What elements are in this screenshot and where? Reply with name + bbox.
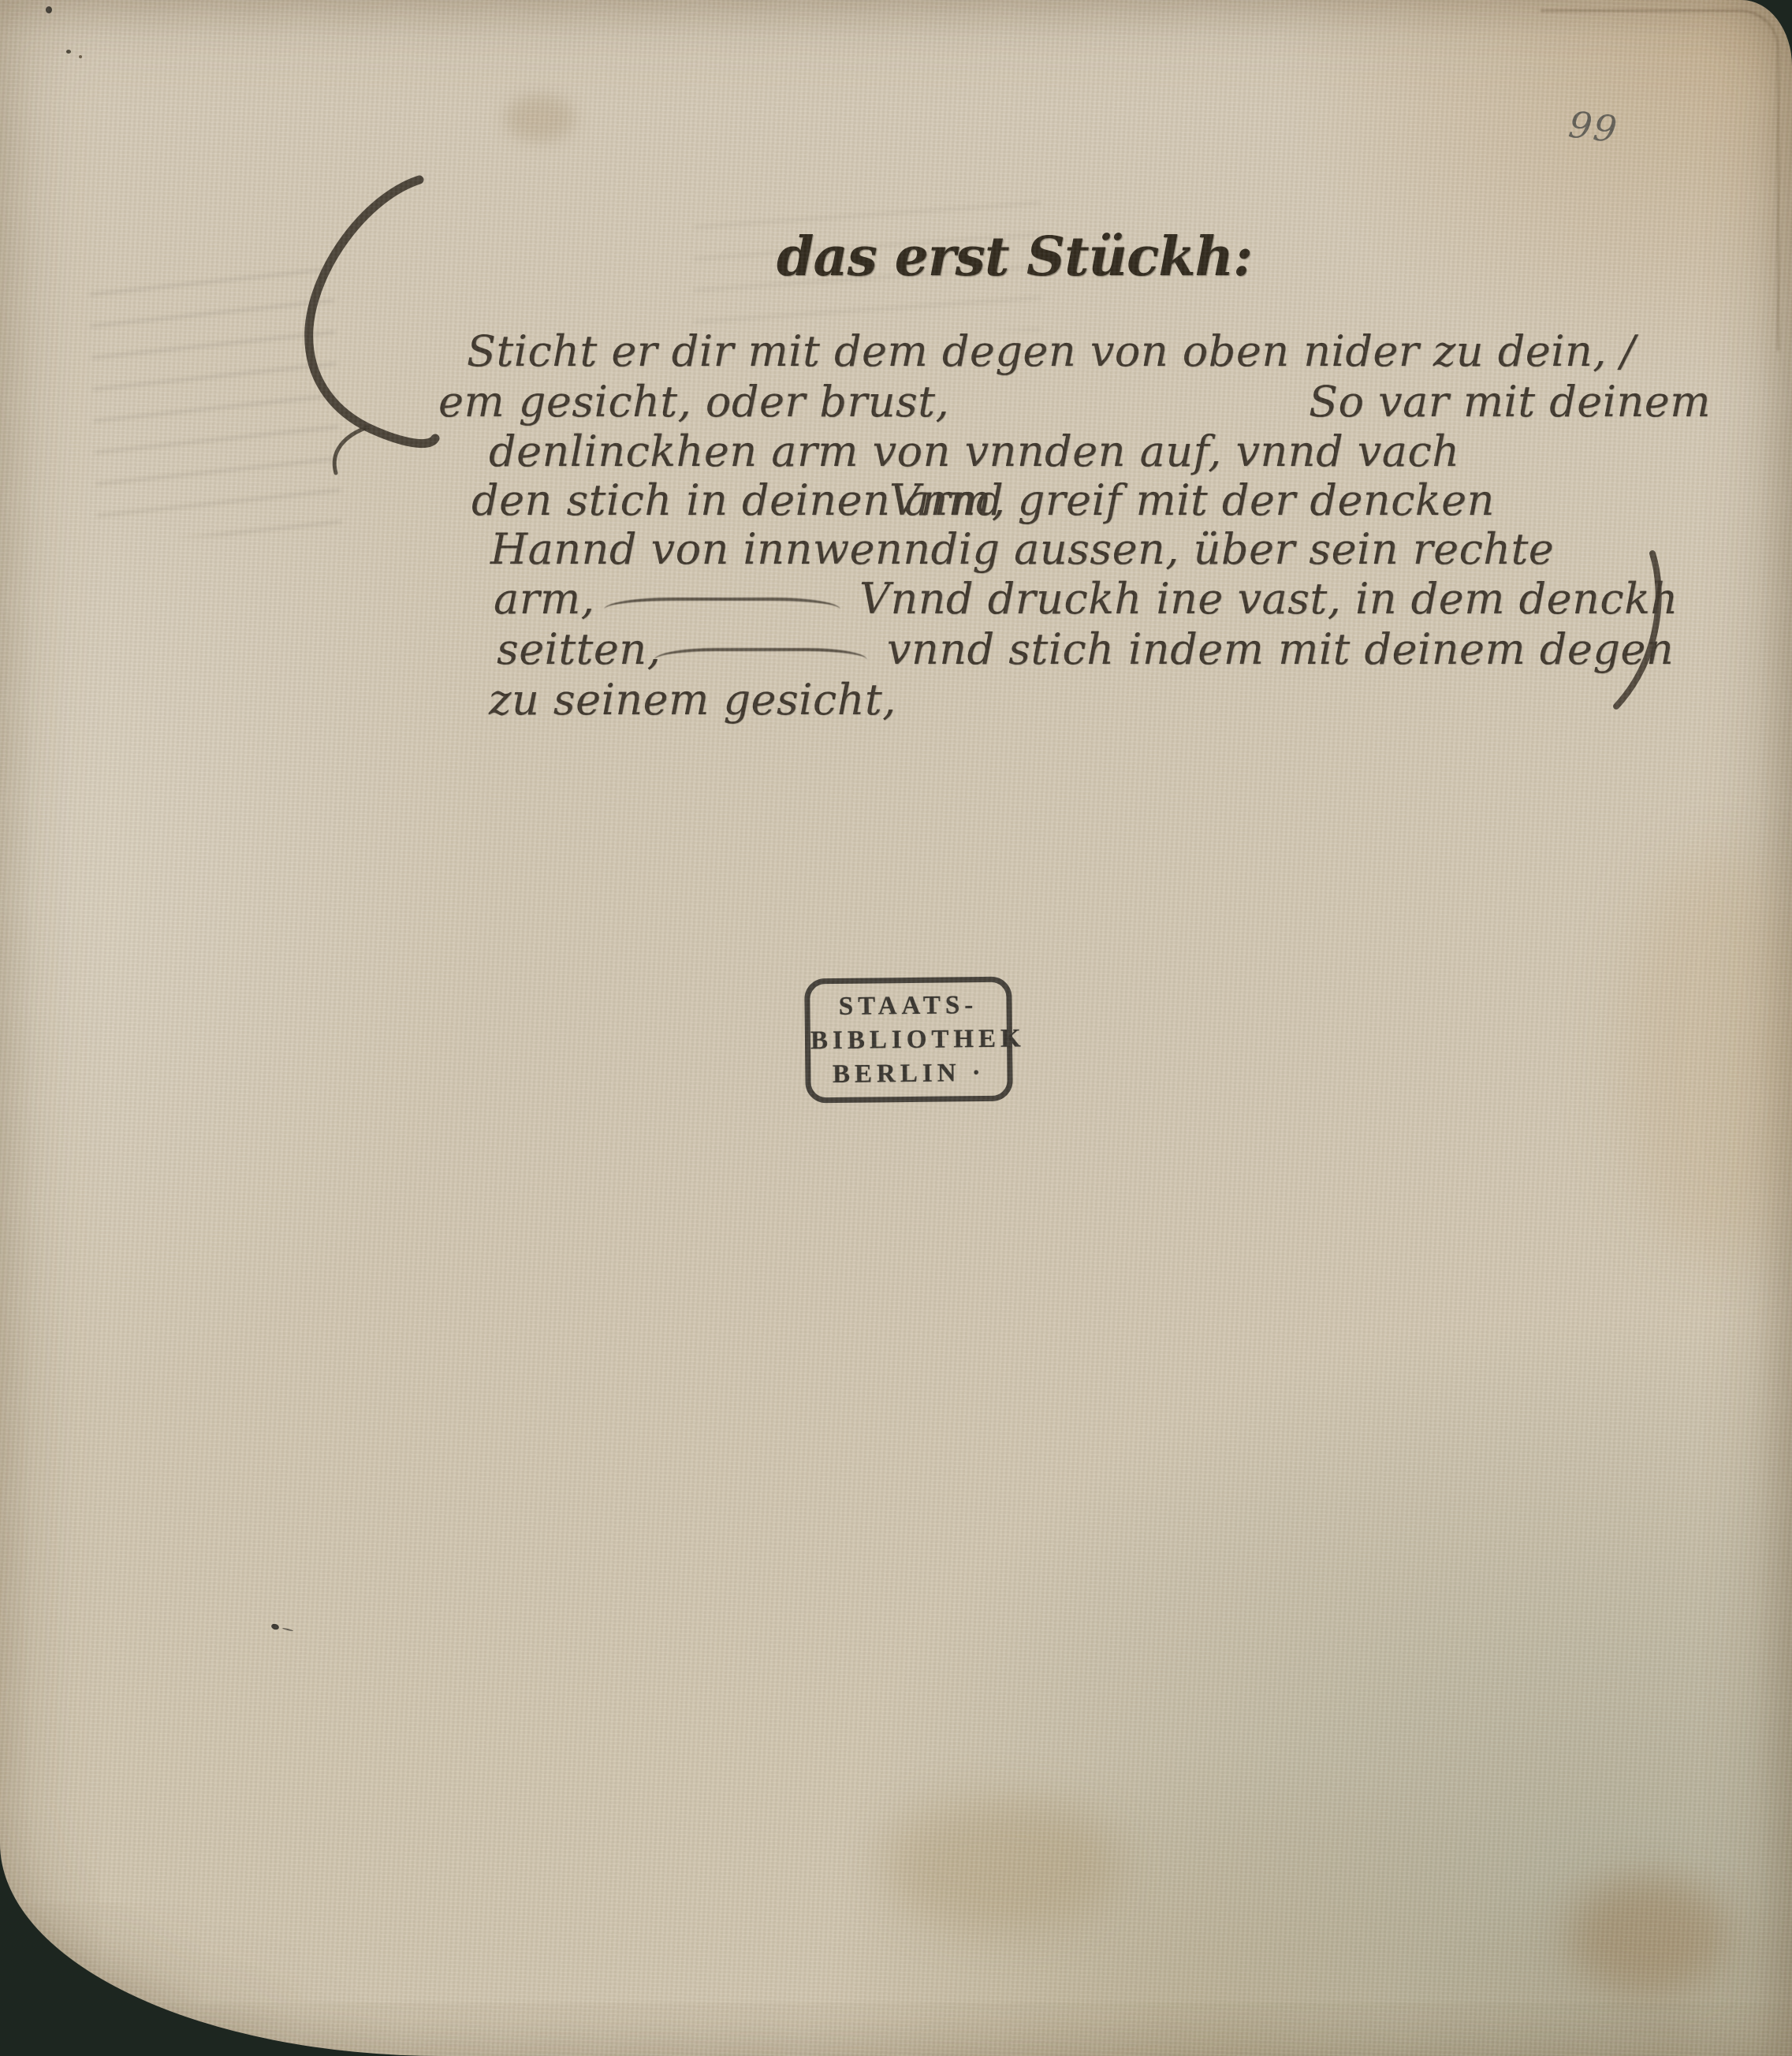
manuscript-line: em gesicht, oder brust, So var mit deine… [438, 377, 949, 434]
line-text: Sticht er dir mit dem degen von oben nid… [467, 326, 1635, 376]
manuscript-line: zu seinem gesicht, [489, 675, 896, 732]
manuscript-page: 99 das erst Stückh: Sticht er dir mit de… [0, 0, 1792, 2056]
line-text: denlinckhen arm von vnnden auf, vnnd vac… [489, 426, 1460, 476]
stamp-text: STAATS- [810, 988, 1006, 1024]
line-text: arm, [494, 574, 594, 624]
page-title: das erst Stückh: [777, 225, 1252, 289]
flourish-dash [604, 598, 840, 621]
line-text: seitten, [497, 624, 661, 674]
line-text: So var mit deinem [1309, 377, 1711, 426]
manuscript-scan: 99 das erst Stückh: Sticht er dir mit de… [0, 0, 1792, 2056]
ink-speck [270, 1623, 280, 1631]
manuscript-line: arm, Vnnd druckh ine vast, in dem denckh [494, 574, 594, 631]
library-stamp: STAATS- BIBLIOTHEK BERLIN · [804, 977, 1013, 1104]
manuscript-line: Hannd von innwenndig aussen, über sein r… [490, 524, 1554, 581]
folio-number: 99 [1567, 102, 1621, 151]
ink-speck [79, 55, 82, 58]
end-flourish-icon [1586, 547, 1673, 713]
line-text: Hannd von innwenndig aussen, über sein r… [490, 524, 1554, 574]
stain [1569, 1876, 1727, 1995]
initial-flourish-icon [273, 173, 462, 489]
ink-speck [282, 1627, 293, 1631]
manuscript-line: seitten, vnnd stich indem mit deinem deg… [497, 624, 661, 681]
stamp-text: BIBLIOTHEK [810, 1022, 1007, 1058]
line-text: Vnnd greif mit der dencken [889, 475, 1495, 525]
stain [1624, 851, 1792, 1261]
ink-speck [66, 50, 71, 54]
stamp-text: BERLIN · [810, 1056, 1007, 1092]
line-text: vnnd stich indem mit deinem degen [887, 624, 1674, 674]
ink-speck [46, 6, 52, 13]
manuscript-line: Sticht er dir mit dem degen von oben nid… [467, 326, 1635, 383]
line-text: Vnnd druckh ine vast, in dem denckh [859, 574, 1678, 624]
flourish-dash [654, 648, 867, 672]
line-text: em gesicht, oder brust, [438, 377, 949, 426]
stain [505, 95, 576, 142]
fold-crease [1541, 9, 1779, 351]
stain [883, 1797, 1120, 1931]
line-text: zu seinem gesicht, [489, 675, 896, 724]
